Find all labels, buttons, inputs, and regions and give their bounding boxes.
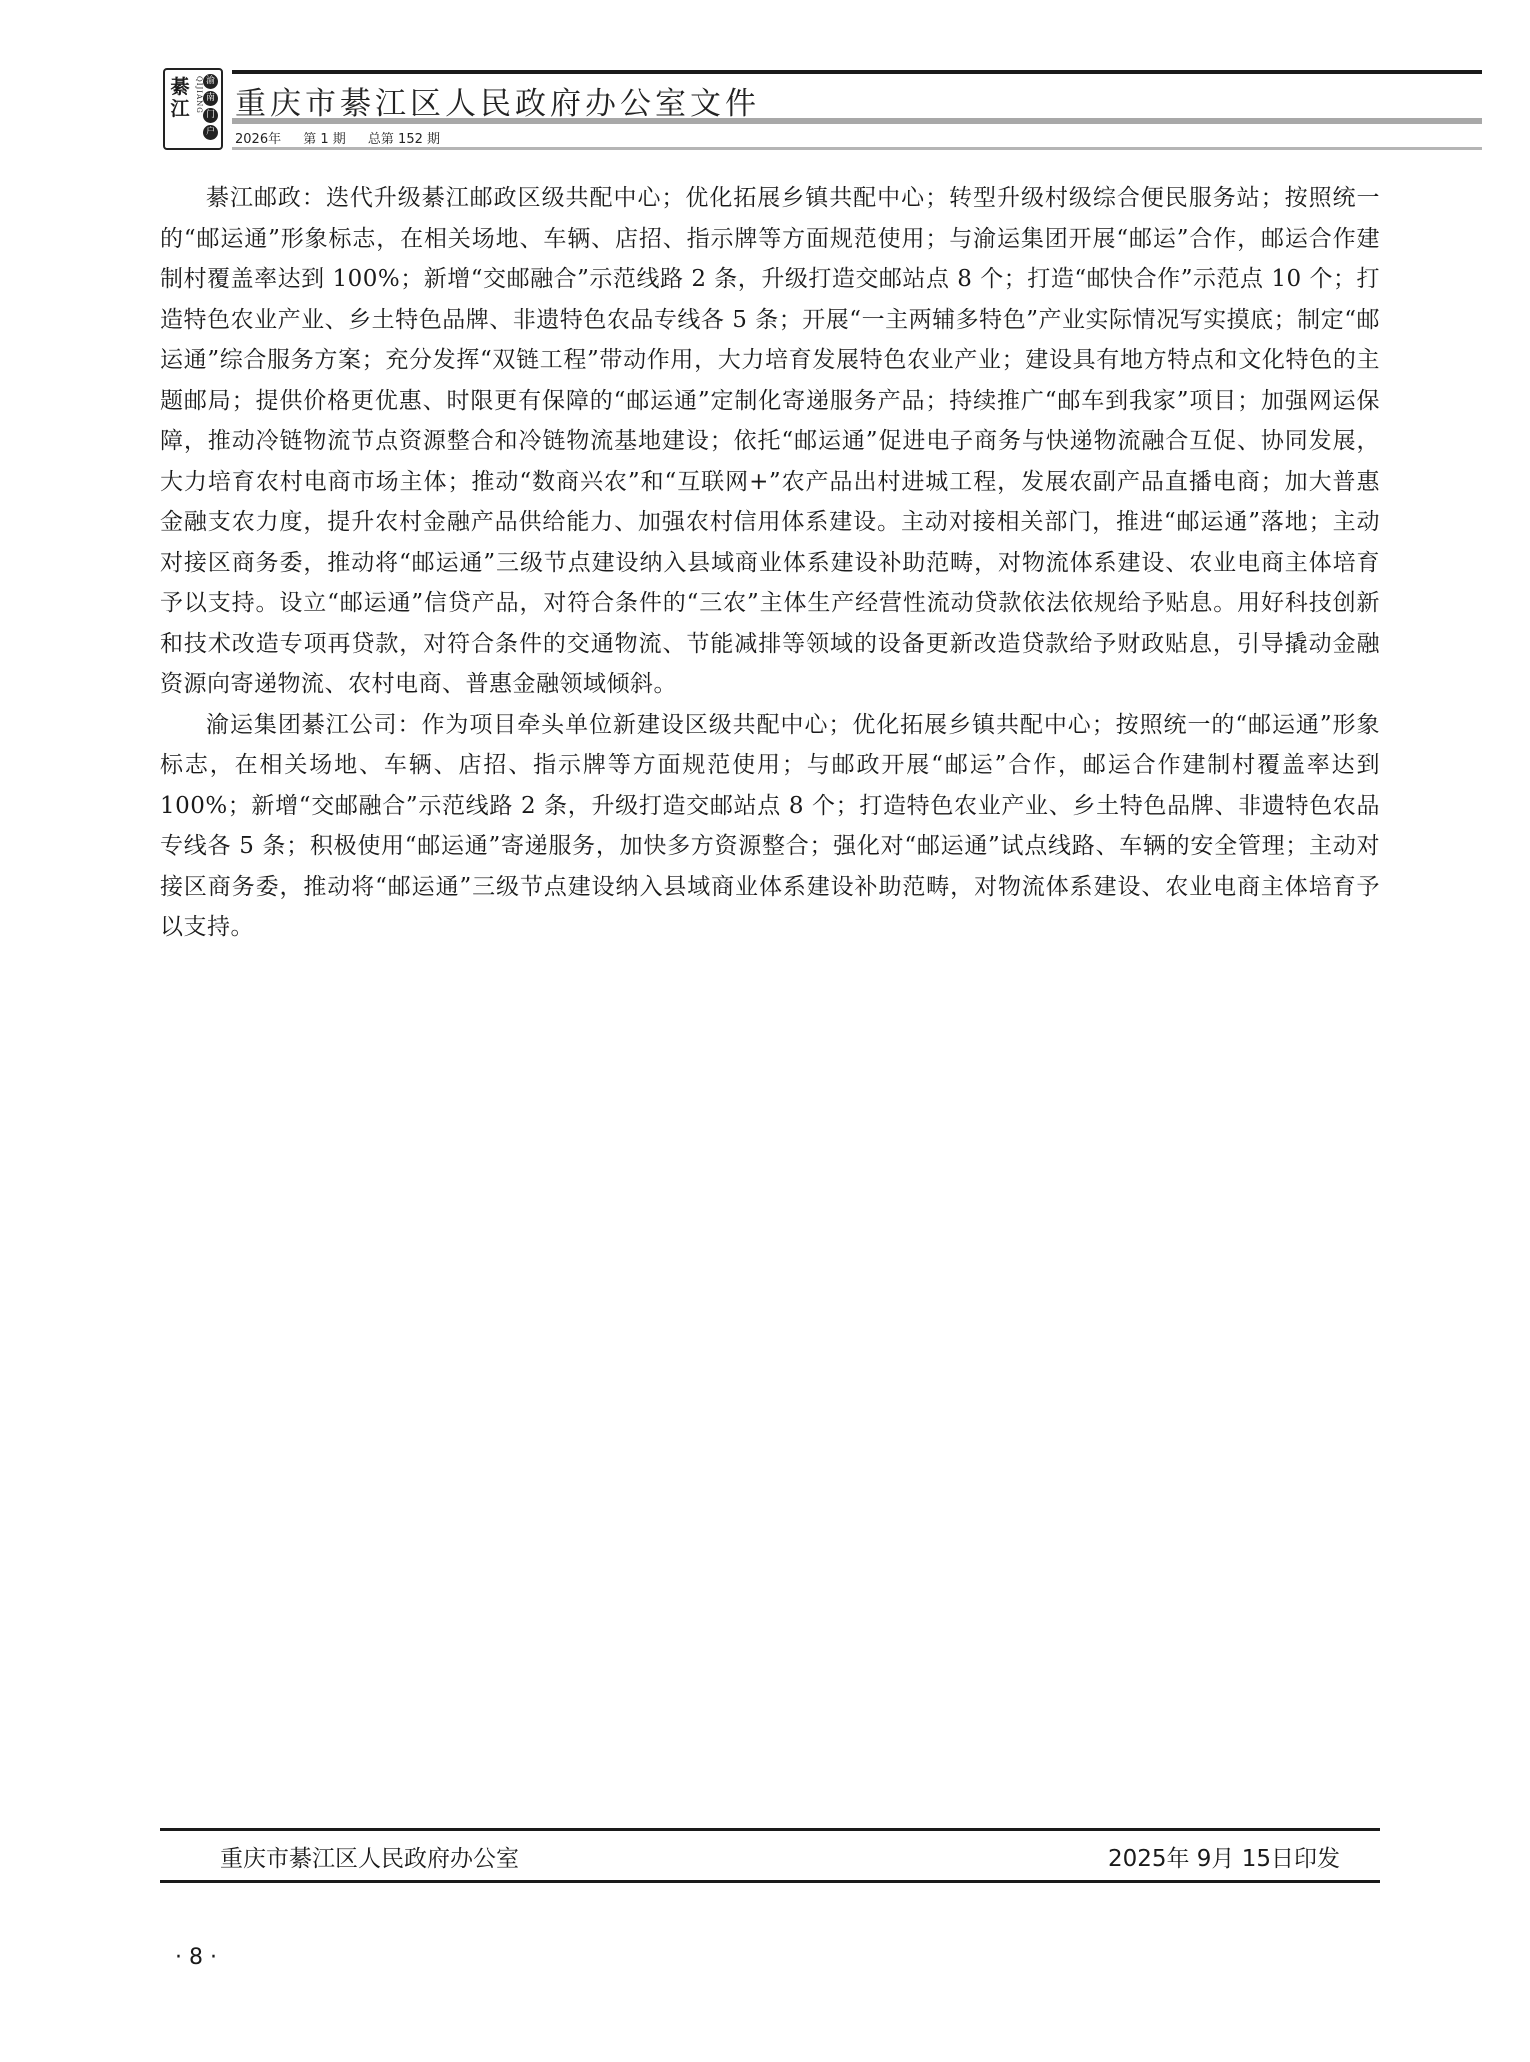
logo-circle-char: 门 <box>203 108 218 123</box>
document-title: 重庆市綦江区人民政府办公室文件 <box>235 78 760 123</box>
logo: 綦江 QIJIANG 渝 南 门 户 <box>163 68 223 150</box>
logo-circle-group: 渝 南 门 户 <box>203 74 218 140</box>
footer-top-rule <box>160 1828 1380 1831</box>
header-top-rule <box>232 70 1482 74</box>
issuer-name: 重庆市綦江区人民政府办公室 <box>220 1840 519 1873</box>
issue-year: 2026年 <box>235 132 281 147</box>
issue-number: 第 1 期 <box>303 132 346 147</box>
print-date: 2025年 9月 15日印发 <box>1108 1840 1340 1873</box>
logo-circle-char: 户 <box>203 125 218 140</box>
footer-bottom-rule <box>160 1880 1380 1883</box>
logo-circle-char: 渝 <box>203 74 218 89</box>
issue-info: 2026年 第 1 期 总第 152 期 <box>235 128 458 147</box>
logo-side-text: QIJIANG <box>195 76 203 114</box>
header-bottom-rule <box>232 147 1482 150</box>
issue-total: 总第 152 期 <box>368 132 440 147</box>
header-gray-rule <box>232 118 1482 124</box>
document-body: 綦江邮政：迭代升级綦江邮政区级共配中心；优化拓展乡镇共配中心；转型升级村级综合便… <box>160 178 1380 948</box>
paragraph-yuyun-group: 渝运集团綦江公司：作为项目牵头单位新建设区级共配中心；优化拓展乡镇共配中心；按照… <box>160 705 1380 948</box>
paragraph-qijiang-post: 綦江邮政：迭代升级綦江邮政区级共配中心；优化拓展乡镇共配中心；转型升级村级综合便… <box>160 178 1380 705</box>
page-number: · 8 · <box>175 1945 217 1970</box>
logo-main-text: 綦江 <box>169 76 191 120</box>
logo-circle-char: 南 <box>203 91 218 106</box>
